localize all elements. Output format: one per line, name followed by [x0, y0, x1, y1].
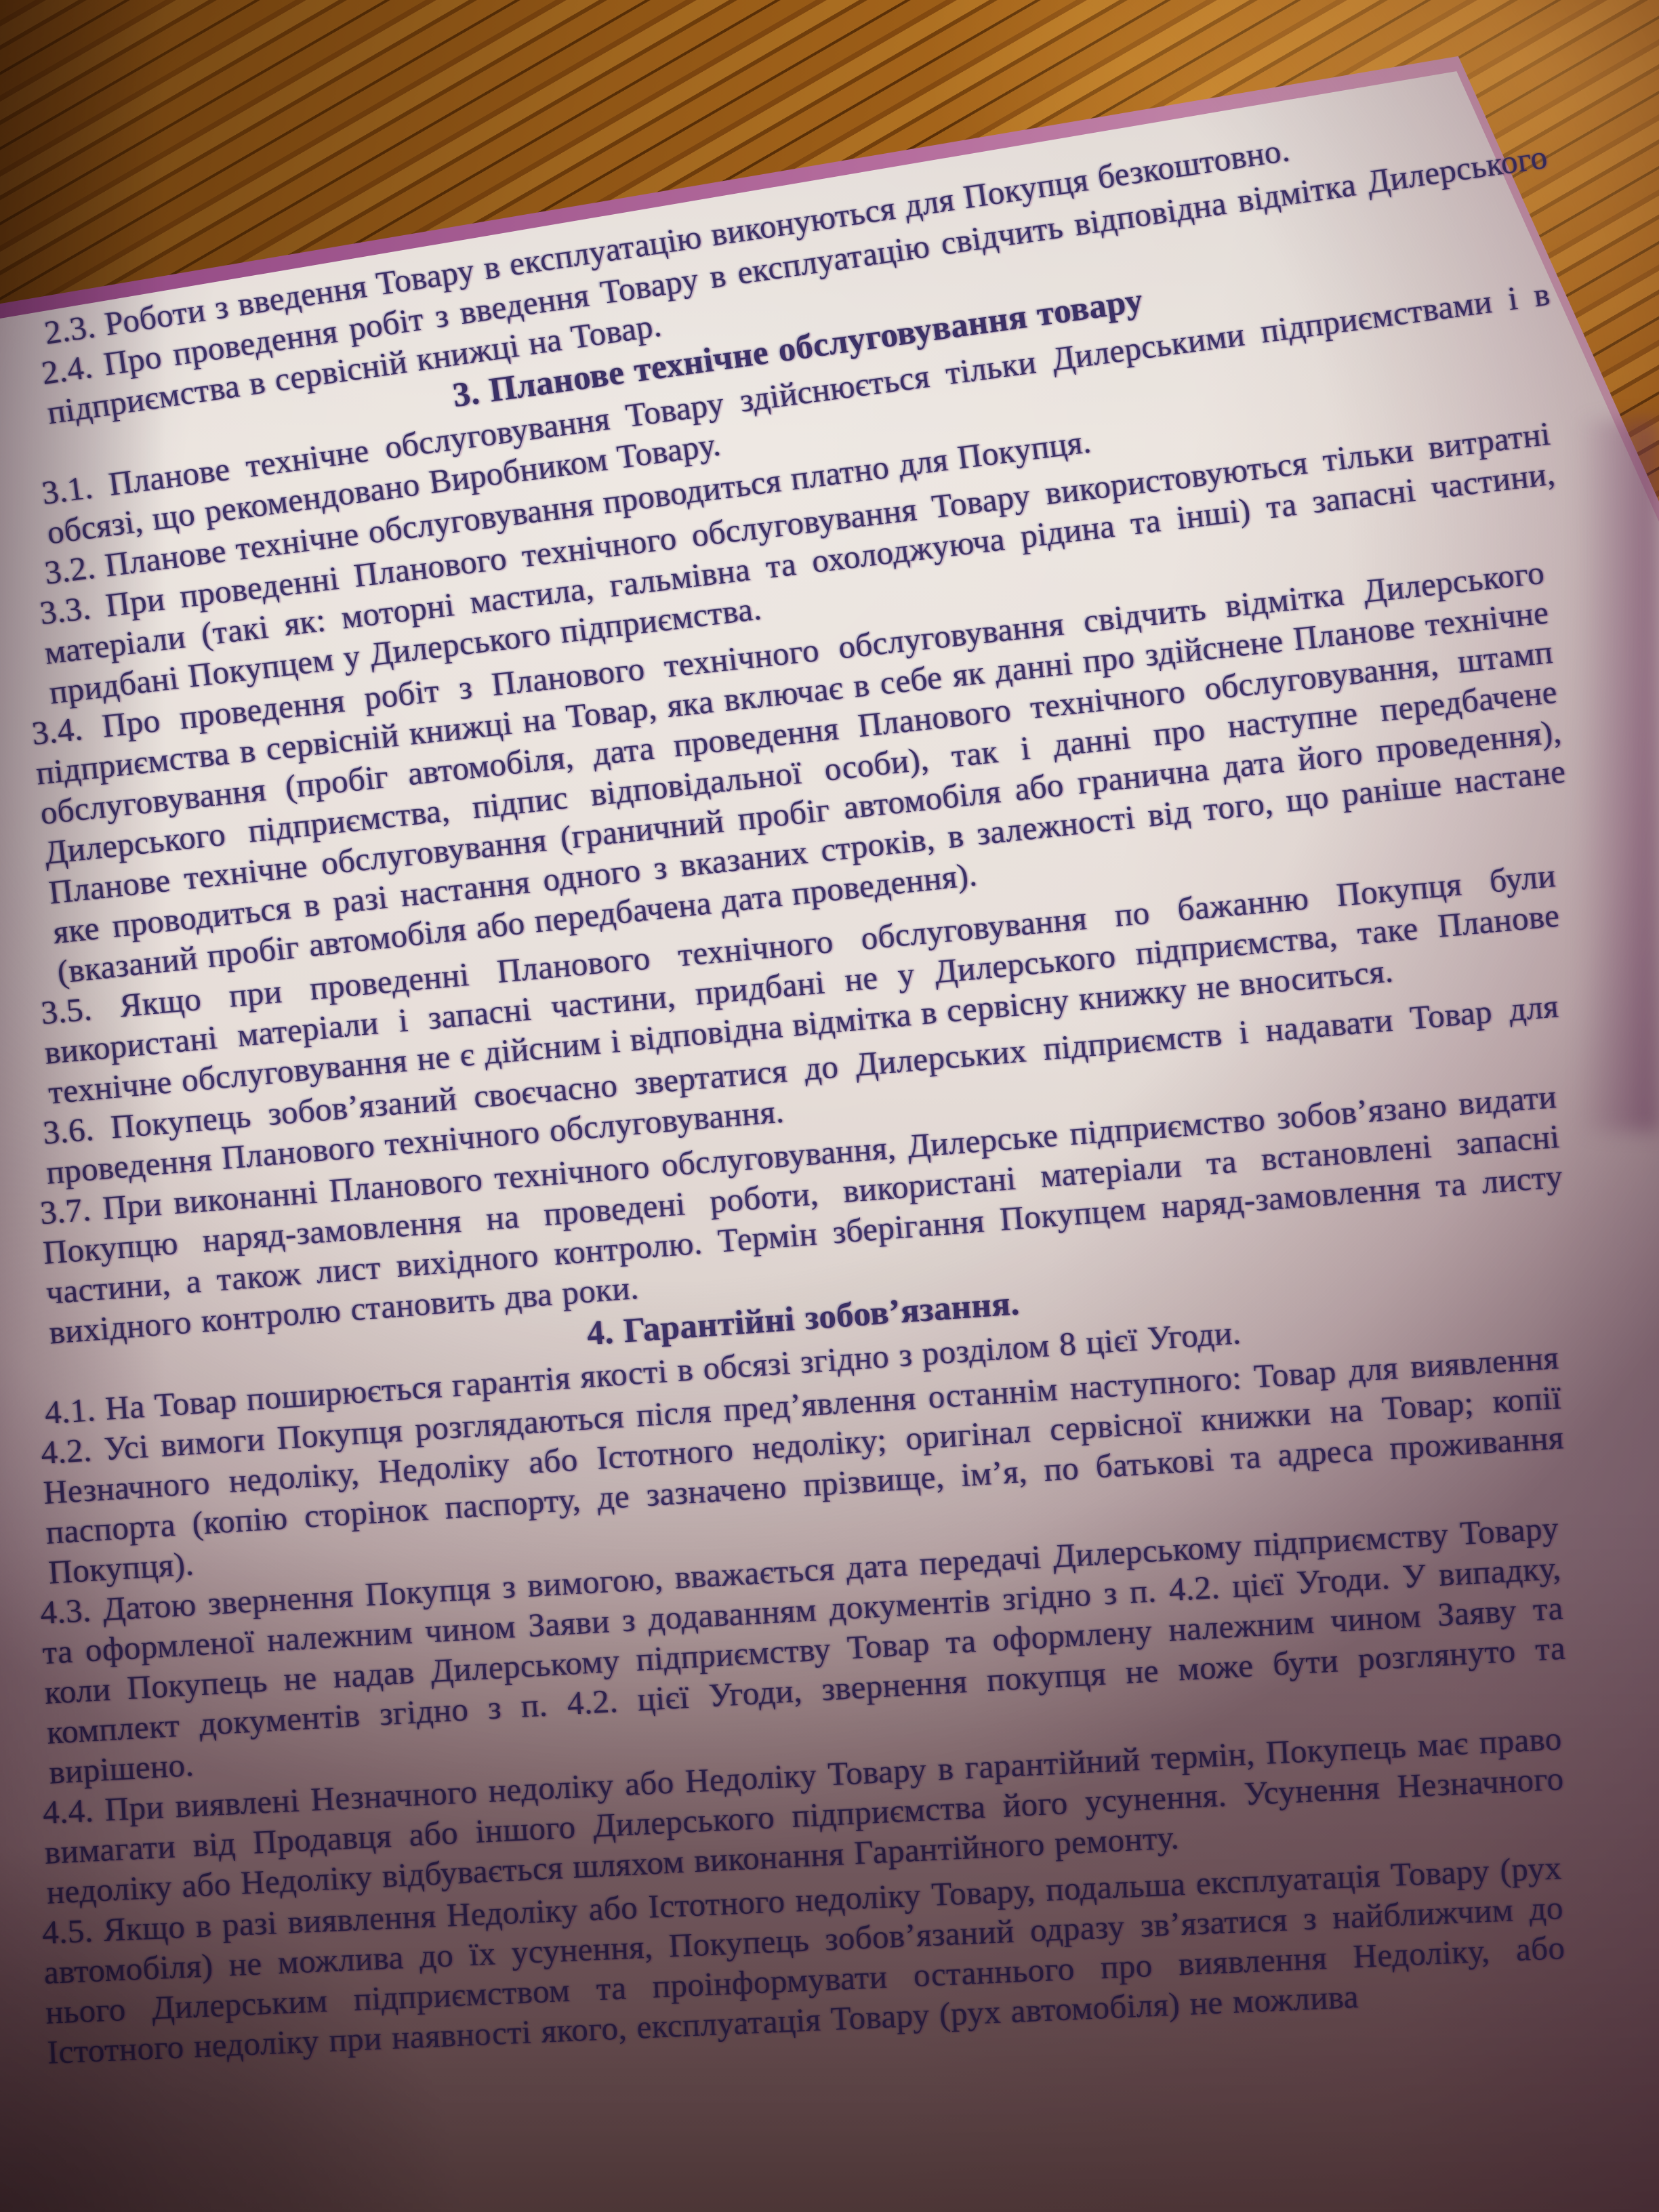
contract-text-block: 2.3. Роботи з введення Товару в експлуат…	[45, 313, 1565, 2072]
page-edge-shadow	[1578, 420, 1659, 1132]
